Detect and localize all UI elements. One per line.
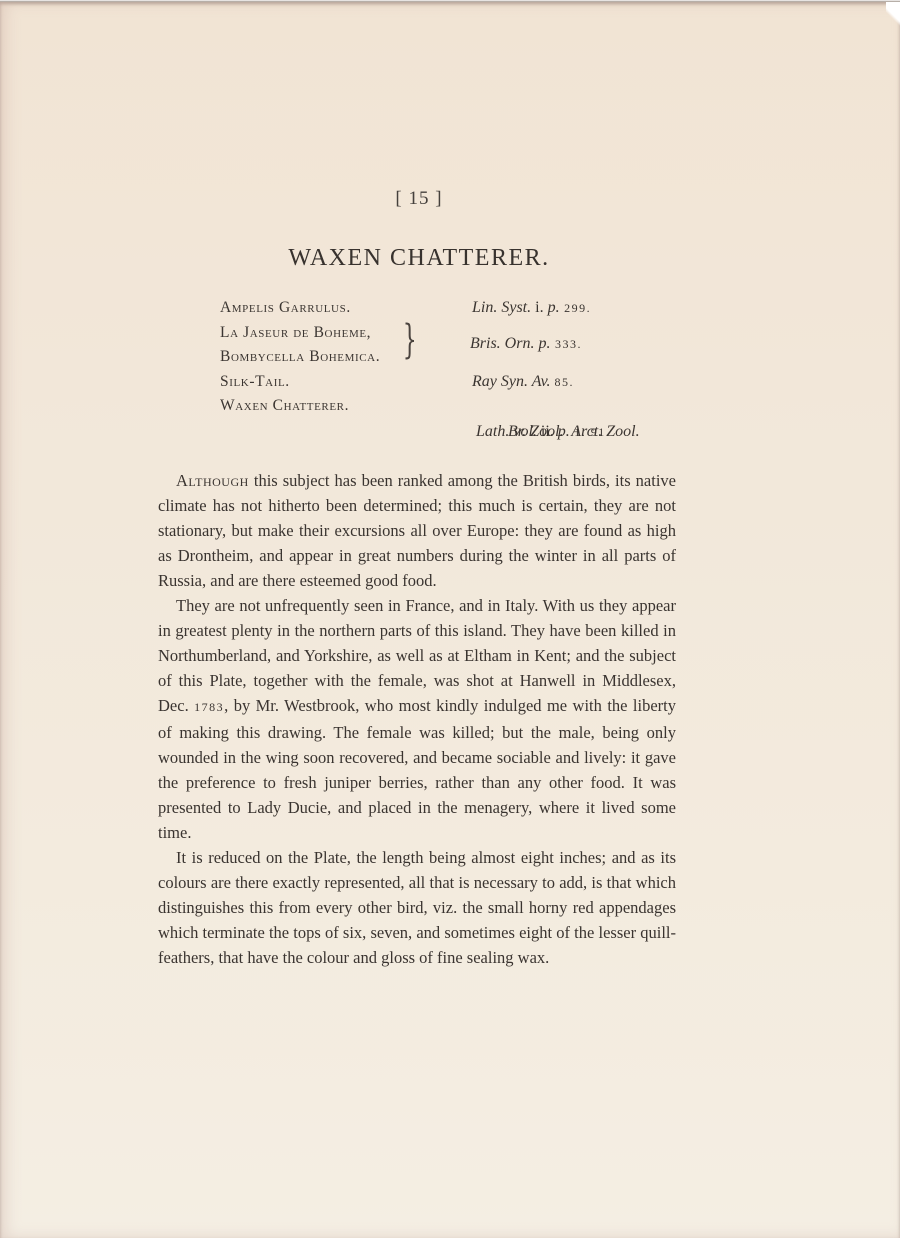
reference-source: Lath. vol.: [476, 423, 537, 440]
synonym-name: Silk-Tail.: [220, 370, 380, 395]
reference-volume: i.: [531, 299, 547, 316]
reference-line: Bris. Orn. p. 333.: [470, 332, 582, 357]
paragraph-text: It is reduced on the Plate, the length b…: [158, 848, 676, 967]
page-title: WAXEN CHATTERER.: [0, 245, 838, 272]
reference-source: Ray Syn. Av.: [472, 373, 551, 390]
reference-number: 85.: [555, 375, 575, 389]
reference-volume: ii.: [537, 423, 558, 440]
reference-line: Ray Syn. Av. 85.: [472, 370, 574, 395]
reference-source: Bris. Orn.: [470, 335, 534, 352]
paragraph-text: , by Mr. Westbrook, who most kindly indu…: [158, 696, 676, 842]
synonym-names: Ampelis Garrulus. La Jaseur de Boheme, B…: [220, 296, 380, 419]
reference-line: Lath. vol. ii. p. 1. 91.: [476, 420, 610, 445]
paragraph: They are not unfrequently seen in France…: [158, 593, 676, 845]
reference-page-label: p.: [538, 335, 550, 352]
article-body: Although this subject has been ranked am…: [158, 468, 676, 970]
paragraph-lead-word: Although: [176, 471, 249, 490]
page-number: [ 15 ]: [0, 188, 838, 210]
reference-line: Lin. Syst. i. p. 299.: [472, 296, 591, 321]
curly-brace-icon: }: [403, 318, 417, 362]
reference-page-label: p.: [548, 299, 560, 316]
year: 1783: [194, 700, 224, 714]
reference-page-label: p.: [558, 423, 570, 440]
paragraph: It is reduced on the Plate, the length b…: [158, 845, 676, 970]
reference-number: 333.: [550, 337, 582, 351]
paragraph: Although this subject has been ranked am…: [158, 468, 676, 593]
synonym-name: Bombycella Bohemica.: [220, 345, 380, 370]
synonym-name: Ampelis Garrulus.: [220, 296, 380, 321]
reference-number: 299.: [560, 301, 592, 315]
synonym-name: Waxen Chatterer.: [220, 394, 380, 419]
synonym-name: La Jaseur de Boheme,: [220, 321, 380, 346]
reference-source: Lin. Syst.: [472, 299, 531, 316]
reference-number: 1. 91.: [570, 425, 611, 439]
book-page: [ 15 ] WAXEN CHATTERER. Ampelis Garrulus…: [0, 2, 900, 1238]
